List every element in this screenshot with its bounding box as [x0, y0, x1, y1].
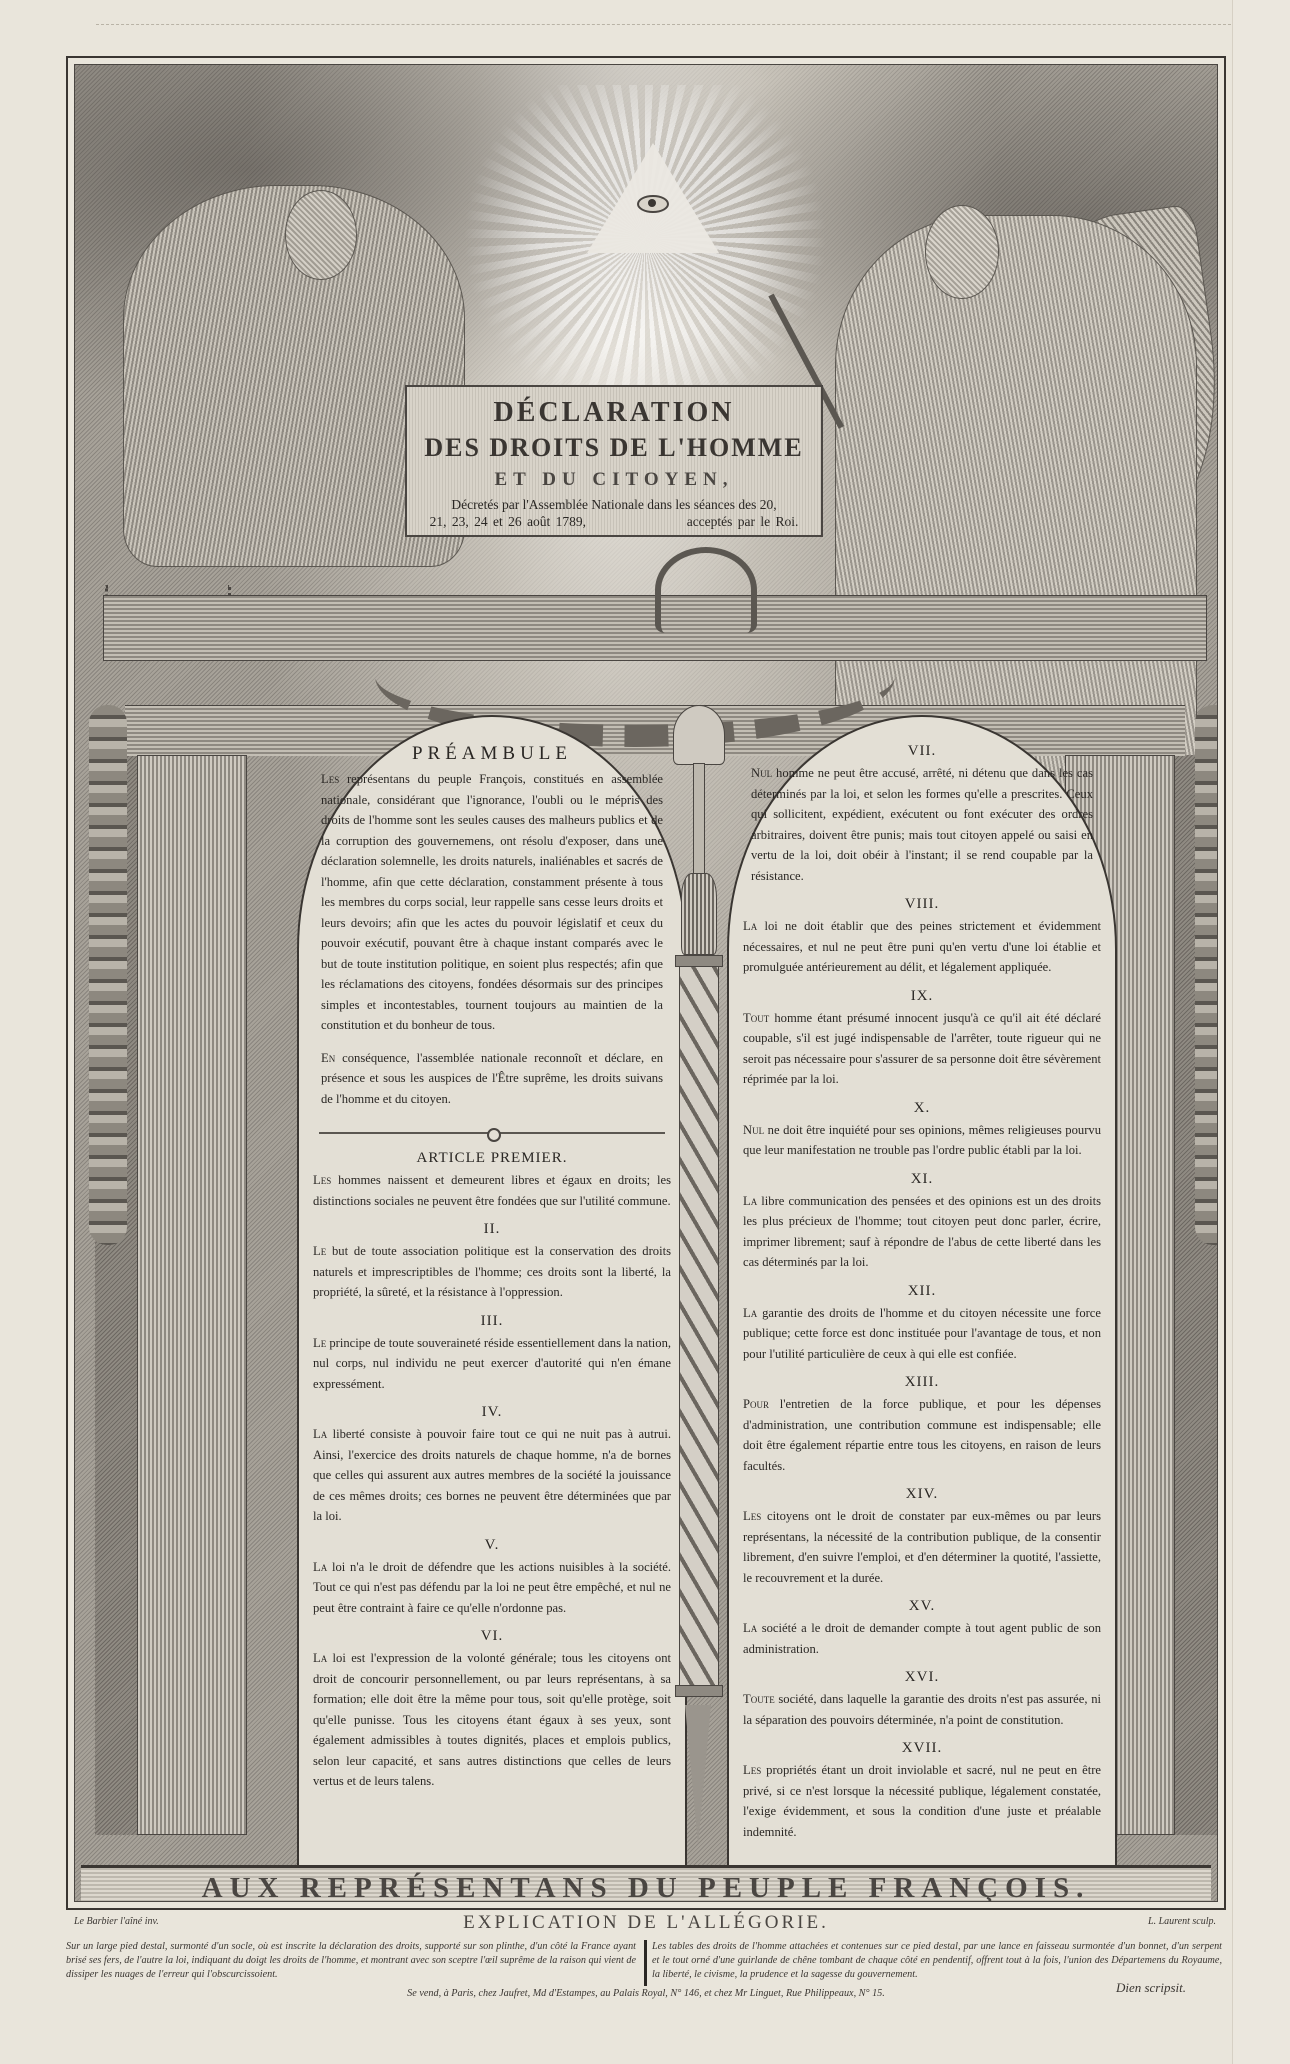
caption-area: Le Barbier l'aîné inv. EXPLICATION DE L'…: [66, 1910, 1226, 2060]
angel-head: [925, 205, 999, 299]
article-number: XII.: [743, 1283, 1101, 1300]
article-1: ARTICLE PREMIER. Les hommes naissent et …: [313, 1150, 671, 1211]
fasces-icon: [679, 705, 717, 1845]
preamble-paragraph-1: Les représentans du peuple François, con…: [321, 769, 663, 1036]
article-number: XIV.: [743, 1486, 1101, 1503]
eye-of-providence-icon: [637, 195, 669, 213]
article-9: IX. Tout homme étant présumé innocent ju…: [743, 988, 1101, 1090]
article-number: XI.: [743, 1171, 1101, 1188]
article-number: XVI.: [743, 1669, 1101, 1686]
left-tablet: PRÉAMBULE Les représentans du peuple Fra…: [297, 715, 687, 1902]
lance-head-icon: [693, 763, 705, 875]
explanation-columns: Sur un large pied destal, surmonté d'un …: [66, 1940, 1226, 2012]
article-15: XV. La société a le droit de demander co…: [743, 1598, 1101, 1659]
article-5: V. La loi n'a le droit de défendre que l…: [313, 1537, 671, 1619]
title-tablet: DÉCLARATION DES DROITS DE L'HOMME ET DU …: [405, 385, 823, 537]
article-13: XIII. Pour l'entretien de la force publi…: [743, 1374, 1101, 1476]
article-number: II.: [313, 1221, 671, 1238]
rosette-icon: [487, 1128, 501, 1142]
ornamental-divider: [319, 1129, 665, 1136]
article-number: VI.: [313, 1628, 671, 1645]
column-divider: [644, 1940, 647, 1986]
publisher-line: Se vend, à Paris, chez Jaufret, Md d'Est…: [66, 1988, 1226, 1999]
subtitle-accepted: acceptés par le Roi.: [687, 514, 799, 530]
article-6: VI. La loi est l'expression de la volont…: [313, 1628, 671, 1792]
engraving-plate: DÉCLARATION DES DROITS DE L'HOMME ET DU …: [66, 56, 1226, 1910]
article-2: II. Le but de toute association politiqu…: [313, 1221, 671, 1303]
subtitle-dates: 21, 23, 24 et 26 août 1789,: [430, 514, 586, 530]
article-12: XII. La garantie des droits de l'homme e…: [743, 1283, 1101, 1365]
article-number: XV.: [743, 1598, 1101, 1615]
article-number: V.: [313, 1537, 671, 1554]
article-number: X.: [743, 1100, 1101, 1117]
print-sheet: DÉCLARATION DES DROITS DE L'HOMME ET DU …: [0, 0, 1232, 2064]
dedication-banner: AUX REPRÉSENTANS DU PEUPLE FRANÇOIS.: [81, 1865, 1211, 1902]
title-line-3: ET DU CITOYEN,: [407, 469, 821, 491]
scribe-signature: Dien scripsit.: [1116, 1980, 1186, 1996]
explanation-title: EXPLICATION DE L'ALLÉGORIE.: [66, 1912, 1226, 1934]
article-10: X. Nul ne doit être inquiété pour ses op…: [743, 1100, 1101, 1161]
article-14: XIV. Les citoyens ont le droit de consta…: [743, 1486, 1101, 1588]
explanation-left: Sur un large pied destal, surmonté d'un …: [66, 1940, 636, 1982]
article-7: VII. Nul homme ne peut être accusé, arrê…: [743, 743, 1101, 886]
title-line-2: DES DROITS DE L'HOMME: [407, 433, 821, 463]
oak-garland-left-icon: [89, 705, 127, 1245]
article-16: XVI. Toute société, dans laquelle la gar…: [743, 1669, 1101, 1730]
article-17: XVII. Les propriétés étant un droit invi…: [743, 1740, 1101, 1842]
article-number: VII.: [743, 743, 1101, 760]
article-number: IX.: [743, 988, 1101, 1005]
paper-margin-right: [1232, 0, 1290, 2064]
bundled-rods: [679, 955, 719, 1697]
engraver-credit: L. Laurent sculp.: [1148, 1916, 1216, 1927]
oak-garland-right-icon: [1195, 705, 1218, 1245]
tassel-icon: [681, 873, 717, 955]
article-number: ARTICLE PREMIER.: [313, 1150, 671, 1167]
article-number: III.: [313, 1313, 671, 1330]
spear-point-icon: [685, 1705, 711, 1845]
paper-fold-line: [96, 24, 1236, 26]
subtitle-line-2: 21, 23, 24 et 26 août 1789, acceptés par…: [407, 514, 821, 530]
article-number: VIII.: [743, 896, 1101, 913]
explanation-right: Les tables des droits de l'homme attaché…: [652, 1940, 1222, 1982]
article-number: XIII.: [743, 1374, 1101, 1391]
rod-band: [675, 955, 723, 967]
right-tablet: VII. Nul homme ne peut être accusé, arrê…: [727, 715, 1117, 1902]
france-head: [285, 190, 357, 280]
preamble-paragraph-2: En conséquence, l'assemblée nationale re…: [321, 1048, 663, 1110]
left-pilaster: [137, 755, 247, 1835]
article-4: IV. La liberté consiste à pouvoir faire …: [313, 1404, 671, 1527]
preamble-title: PRÉAMBULE: [313, 743, 671, 765]
article-3: III. Le principe de toute souveraineté r…: [313, 1313, 671, 1395]
article-number: XVII.: [743, 1740, 1101, 1757]
article-number: IV.: [313, 1404, 671, 1421]
plate-image-area: DÉCLARATION DES DROITS DE L'HOMME ET DU …: [74, 64, 1218, 1902]
phrygian-cap-icon: [673, 705, 725, 765]
rod-band: [675, 1685, 723, 1697]
article-8: VIII. La loi ne doit établir que des pei…: [743, 896, 1101, 978]
article-11: XI. La libre communication des pensées e…: [743, 1171, 1101, 1273]
radiant-glory-icon: [465, 85, 825, 425]
title-line-1: DÉCLARATION: [407, 397, 821, 429]
subtitle-line-1: Décretés par l'Assemblée Nationale dans …: [407, 497, 821, 513]
